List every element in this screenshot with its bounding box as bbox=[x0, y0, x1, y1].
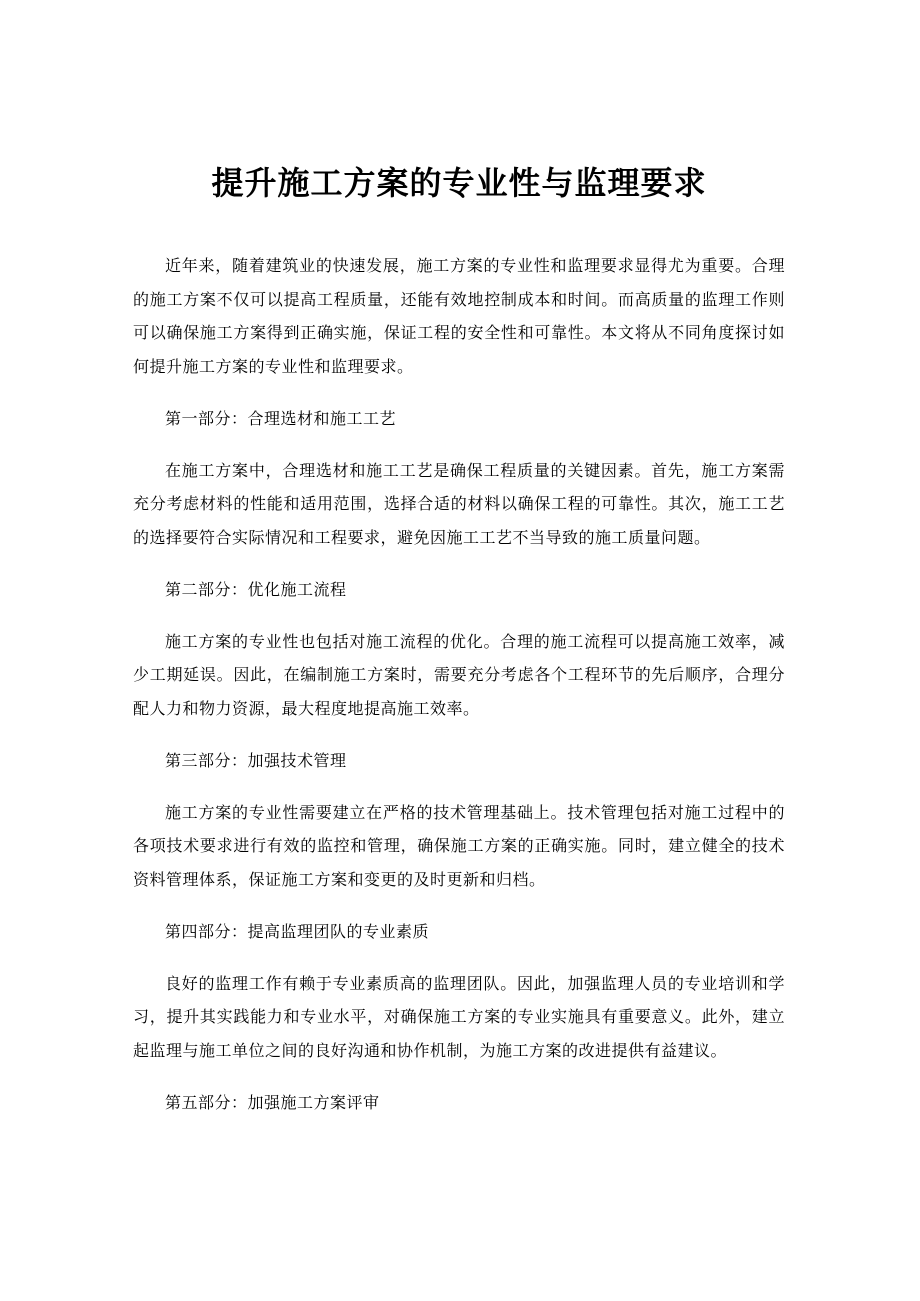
document-body: 近年来，随着建筑业的快速发展，施工方案的专业性和监理要求显得尤为重要。合理的施工… bbox=[133, 250, 785, 1120]
section-heading: 第五部分：加强施工方案评审 bbox=[133, 1087, 785, 1121]
section-heading: 第三部分：加强技术管理 bbox=[133, 745, 785, 779]
section-heading: 第二部分：优化施工流程 bbox=[133, 574, 785, 608]
document-page: 提升施工方案的专业性与监理要求 近年来，随着建筑业的快速发展，施工方案的专业性和… bbox=[0, 0, 920, 1301]
section-heading: 第四部分：提高监理团队的专业素质 bbox=[133, 916, 785, 950]
section-heading: 第一部分：合理选材和施工工艺 bbox=[133, 403, 785, 437]
body-paragraph: 施工方案的专业性需要建立在严格的技术管理基础上。技术管理包括对施工过程中的各项技… bbox=[133, 797, 785, 898]
body-paragraph: 施工方案的专业性也包括对施工流程的优化。合理的施工流程可以提高施工效率，减少工期… bbox=[133, 626, 785, 727]
body-paragraph: 近年来，随着建筑业的快速发展，施工方案的专业性和监理要求显得尤为重要。合理的施工… bbox=[133, 250, 785, 384]
body-paragraph: 在施工方案中，合理选材和施工工艺是确保工程质量的关键因素。首先，施工方案需充分考… bbox=[133, 455, 785, 556]
document-title: 提升施工方案的专业性与监理要求 bbox=[133, 163, 785, 203]
body-paragraph: 良好的监理工作有赖于专业素质高的监理团队。因此，加强监理人员的专业培训和学习，提… bbox=[133, 968, 785, 1069]
